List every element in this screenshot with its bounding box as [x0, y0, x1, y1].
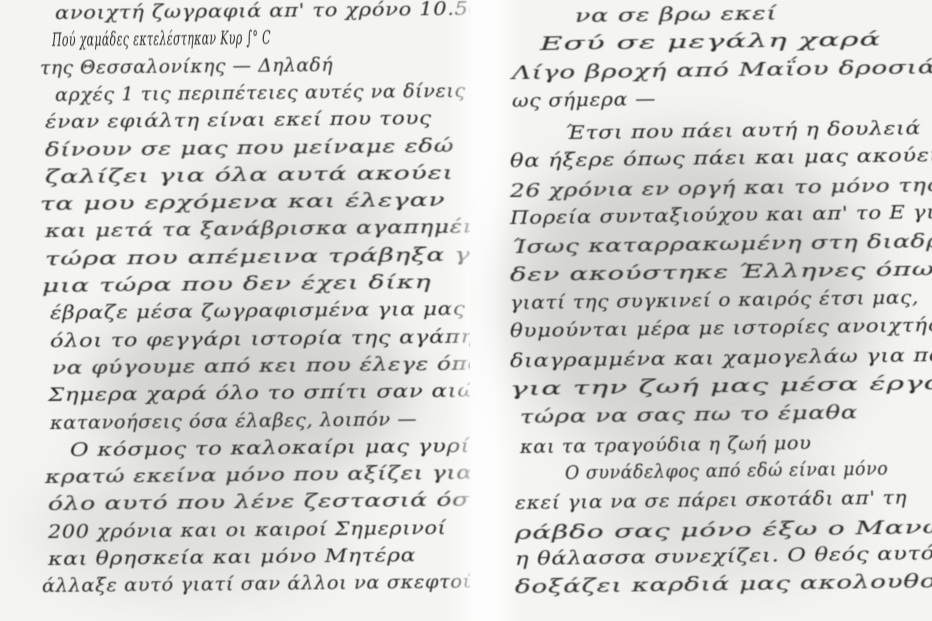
- handwritten-line: όλο αυτό που λένε ζεστασιά όσο: [48, 489, 470, 516]
- handwritten-line: έναν εφιάλτη είναι εκεί που τους: [45, 107, 432, 133]
- handwritten-line: Πορεία συνταξιούχου και απ' το Ε γι: [510, 201, 932, 229]
- handwritten-line: της Θεσσαλονίκης — Δηλαδή: [40, 54, 333, 79]
- handwritten-line: ως σήμερα —: [512, 88, 656, 112]
- handwritten-line: Ίσως καταρρακωμένη στη διαδρομή: [512, 229, 932, 258]
- handwritten-line: δεν ακούστηκε Έλληνες όπως: [510, 258, 932, 286]
- handwritten-line: Σημερα χαρά όλο το σπίτι σαν αιώνια: [48, 379, 470, 406]
- handwritten-line: μια τώρα που δεν έχει δίκη: [42, 271, 432, 297]
- handwritten-line: ράβδο σας μόνο έξω ο Μανώλης: [515, 515, 932, 544]
- handwritten-line: 26 χρόνια εν οργή και το μόνο της: [510, 174, 932, 202]
- handwritten-line: τα μου ερχόμενα και έλεγαν: [40, 189, 446, 215]
- handwritten-line: Έτσι που πάει αυτή η δουλειά: [565, 117, 921, 144]
- handwritten-line: γιατί της συγκινεί ο καιρός έτσι μας,: [510, 286, 919, 314]
- left-page: ανοιχτή ζωγραφιά απ' το χρόνο 10.50Πού χ…: [0, 0, 470, 621]
- handwritten-line: Λίγο βροχή από Μαΐου δροσιά: [512, 56, 932, 84]
- handwritten-line: κατανοήσεις όσα έλαβες, λοιπόν —: [50, 408, 417, 434]
- handwritten-line: τώρα που απέμεινα τράβηξα για: [45, 243, 470, 270]
- handwritten-line: Ο συνάδελφος από εδώ είναι μόνο: [565, 457, 889, 484]
- handwritten-line: Εσύ σε μεγάλη χαρά: [540, 28, 882, 55]
- handwritten-line: και τα τραγούδια η ζωή μου: [520, 432, 812, 458]
- handwritten-line: τώρα να σας πω το έμαθα: [520, 401, 858, 428]
- handwritten-line: και μετά τα ξανάβρισκα αγαπημένη,: [45, 216, 470, 243]
- handwritten-line: να φύγουμε από κει που έλεγε όπως: [52, 352, 470, 379]
- handwritten-line: θυμούνται μέρα με ιστορίες ανοιχτής: [510, 314, 932, 342]
- handwritten-line: Πού χαμάδες εκτελέστηκαν Κυρ ∫° C: [52, 27, 271, 51]
- handwritten-line: έβραζε μέσα ζωγραφισμένα για μας: [50, 298, 466, 324]
- handwritten-line: αρχές 1 τις περιπέτειες αυτές να δίνεις: [55, 80, 466, 106]
- handwritten-line: άλλαξε αυτό γιατί σαν άλλοι να σκεφτούν: [42, 571, 470, 598]
- handwritten-line: δίνουν σε μας που μείναμε εδώ: [45, 134, 454, 160]
- handwritten-line: εκεί για να σε πάρει σκοτάδι απ' τη: [515, 487, 907, 514]
- handwritten-line: διαγραμμένα και χαμογελάω για πάντα: [510, 343, 932, 372]
- handwritten-line: η θάλασσα συνεχίζει. Ο θεός αυτός: [515, 542, 932, 570]
- handwritten-line: ζαλίζει για όλα αυτά ακούει: [45, 162, 454, 188]
- handwritten-line: Ο κόσμος το καλοκαίρι μας γυρίζει,: [70, 434, 470, 461]
- handwritten-line: κρατώ εκείνα μόνο που αξίζει για: [45, 462, 470, 488]
- handwritten-line: δοξάζει καρδιά μας ακολουθούσε: [515, 569, 932, 598]
- handwritten-line: να σε βρω εκεί: [575, 2, 778, 27]
- handwritten-line: όλοι το φεγγάρι ιστορία της αγάπης: [50, 325, 470, 352]
- handwritten-line: 200 χρόνια και οι καιροί Σημερινοί: [48, 517, 447, 543]
- handwritten-line: και θρησκεία και μόνο Μητέρα: [48, 544, 416, 570]
- handwritten-line: ανοιχτή ζωγραφιά απ' το χρόνο 10.50: [55, 0, 470, 24]
- right-page: να σε βρω εκείΕσύ σε μεγάλη χαράΛίγο βρο…: [470, 0, 932, 621]
- handwritten-line: θα ήξερε όπως πάει και μας ακούει: [510, 144, 932, 172]
- handwritten-line: για την ζωή μας μέσα έργα: [510, 372, 932, 400]
